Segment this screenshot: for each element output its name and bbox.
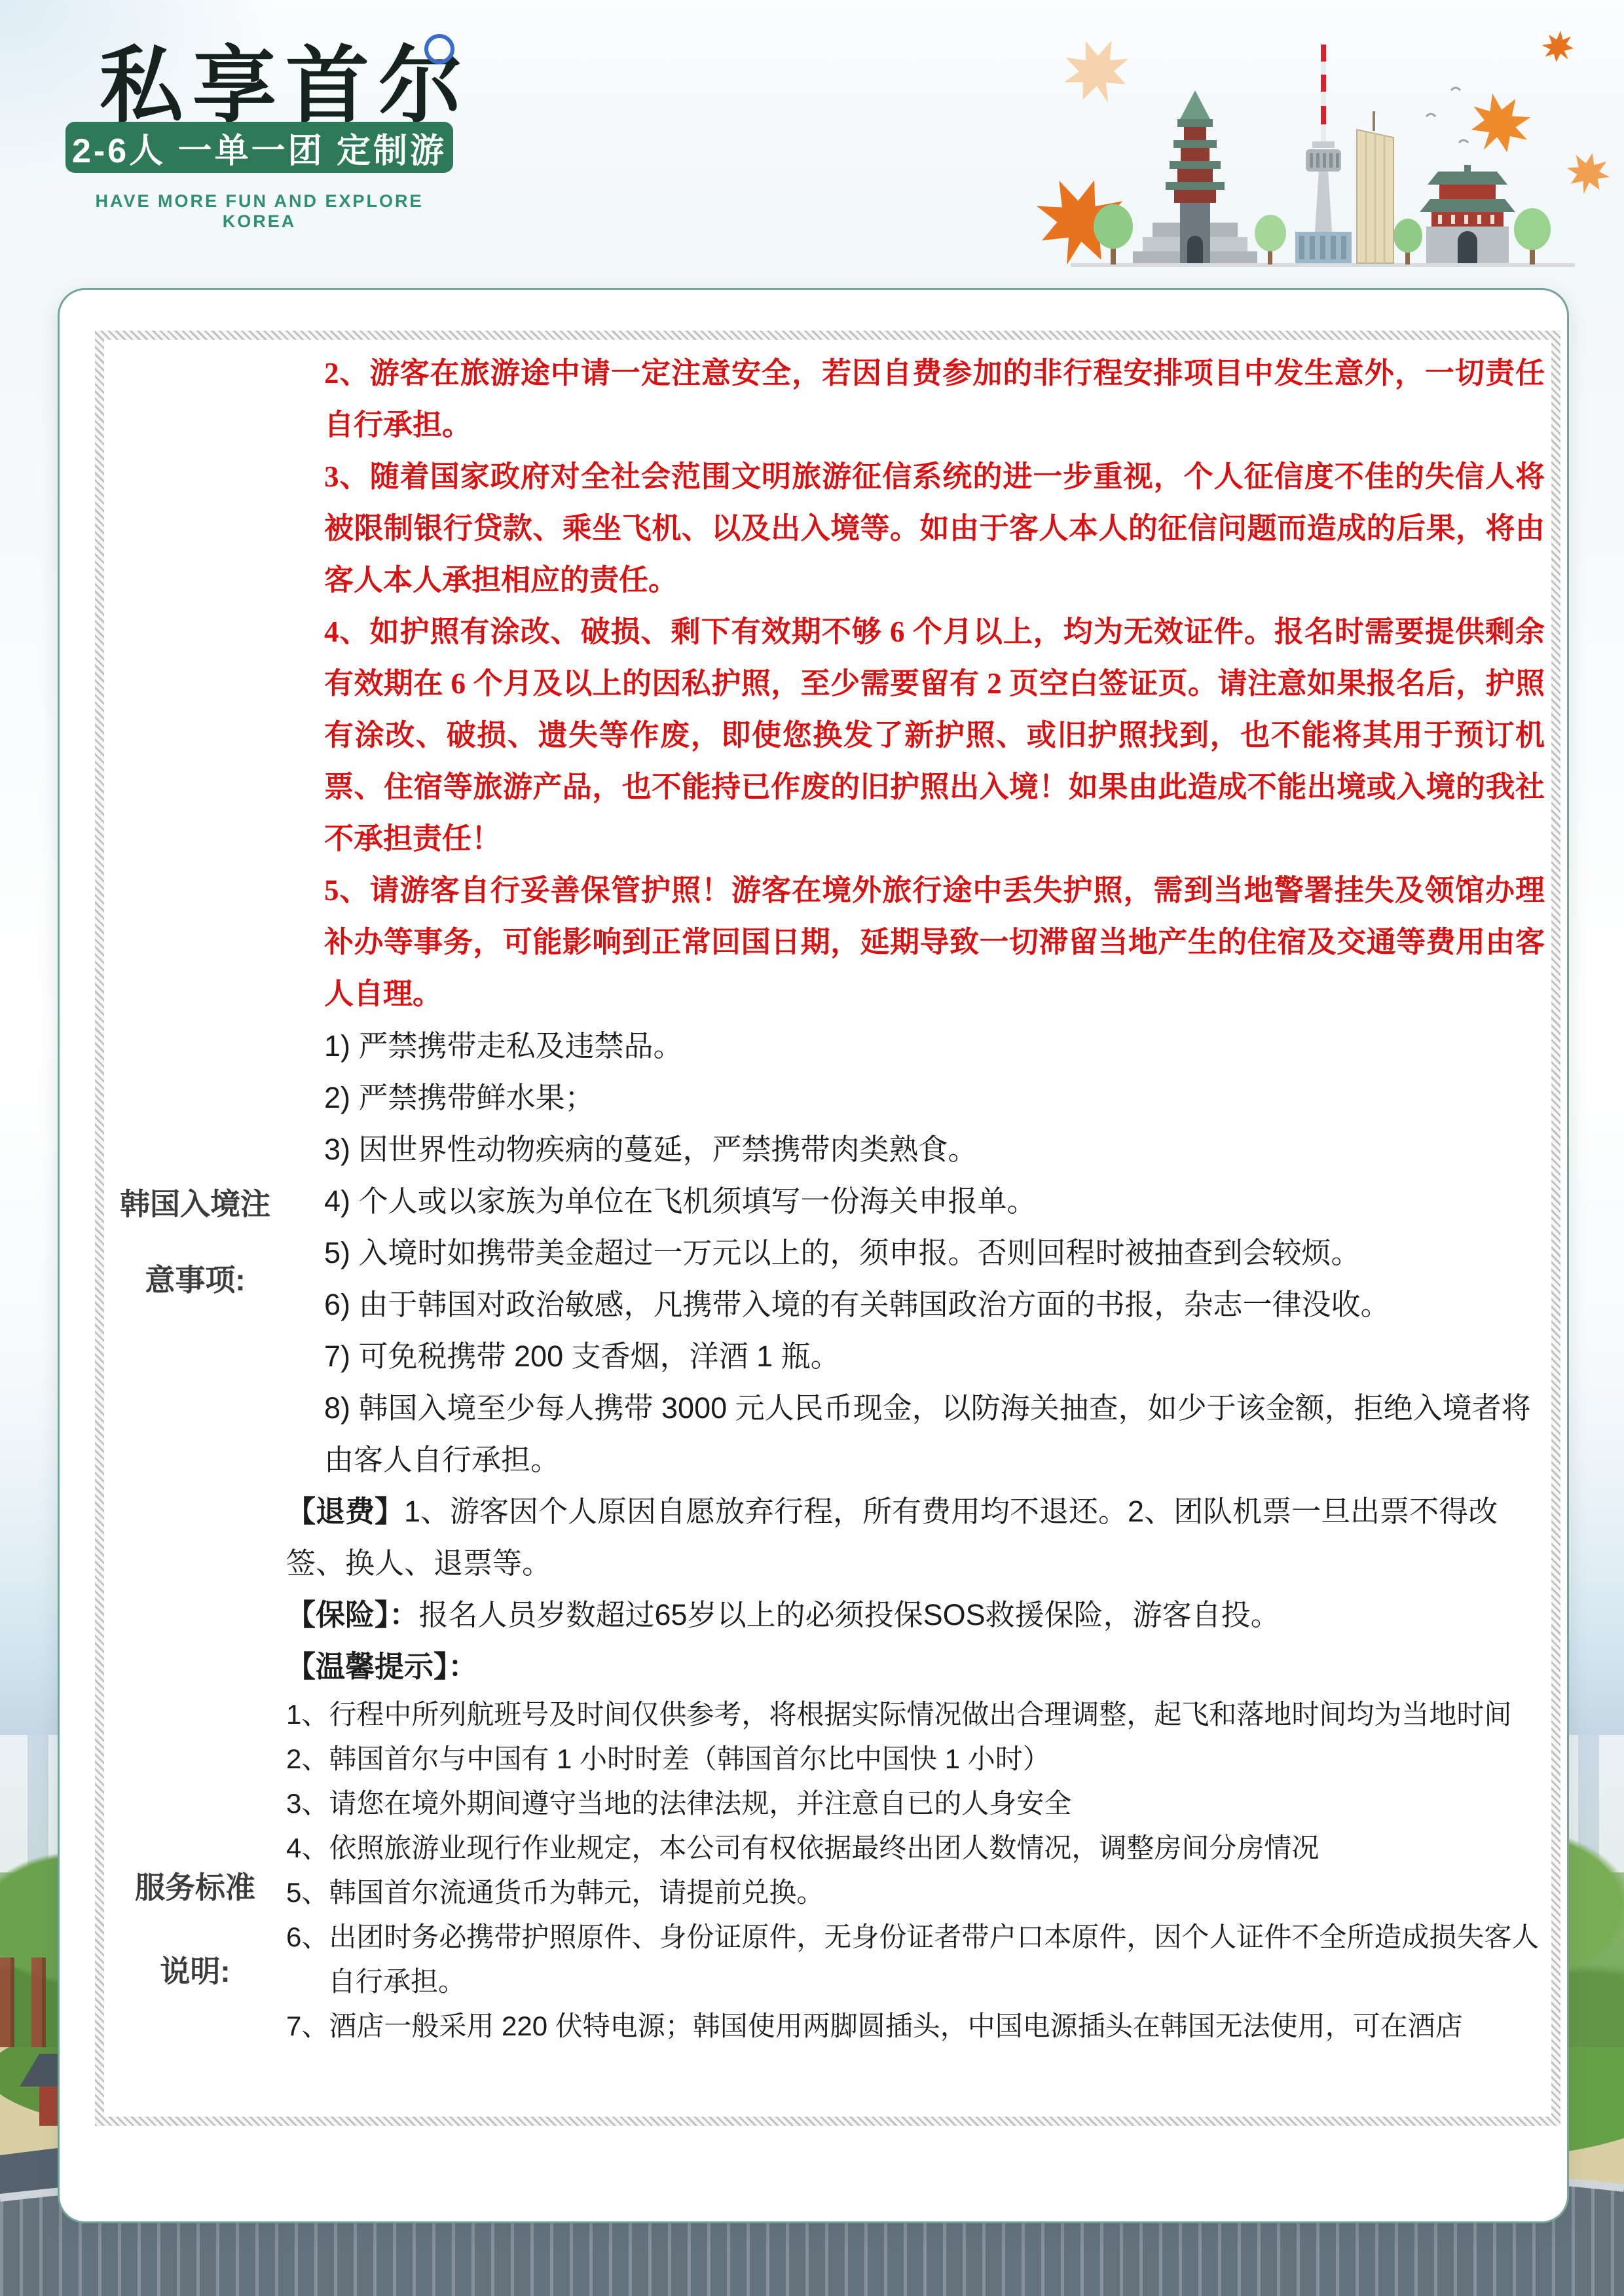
palace-gate-icon (1420, 165, 1515, 263)
section-label-line: 韩国入境注 (104, 1166, 286, 1242)
insurance-policy: 【保险】：报名人员岁数超过65岁以上的必须投保SOS救援保险，游客自投。 (286, 1589, 1549, 1641)
section-label-line: 意事项: (104, 1242, 286, 1318)
section-label-line: 服务标准 (104, 1846, 286, 1929)
document-card: 韩国入境注 意事项: 服务标准 说明: 2、游客在旅游途中请一定注意安全，若因自… (58, 288, 1569, 2223)
list-item: 6) 由于韩国对政治敏感，凡携带入境的有关韩国政治方面的书报，杂志一律没收。 (286, 1279, 1549, 1330)
list-item: 3) 因世界性动物疾病的蔓延，严禁携带肉类熟食。 (286, 1123, 1549, 1175)
tip-item: 4、依照旅游业现行作业规定，本公司有权依据最终出团人数情况，调整房间分房情况 (286, 1826, 1549, 1870)
page-title: 私享首尔 (100, 18, 471, 139)
seoul-skyline-illustration (1035, 7, 1611, 282)
tip-item: 6、出团时务必携带护照原件、身份证原件，无身份证者带户口本原件，因个人证件不全所… (286, 1915, 1549, 2004)
tip-item: 2、韩国首尔与中国有 1 小时时差（韩国首尔比中国快 1 小时） (286, 1737, 1549, 1781)
notice-paragraph: 4、如护照有涂改、破损、剩下有效期不够 6 个月以上，均为无效证件。报名时需要提… (286, 606, 1549, 865)
skyscraper-icon (1357, 111, 1393, 263)
notice-paragraph: 3、随着国家政府对全社会范围文明旅游征信系统的进一步重视，个人征信度不佳的失信人… (286, 451, 1549, 606)
page: 私享首尔 2-6人 一单一团 定制游 HAVE MORE FUN AND EXP… (0, 0, 1624, 2296)
refund-policy-label: 【退费】 (286, 1495, 404, 1528)
tips-heading: 【温馨提示】： (286, 1641, 1549, 1692)
safety-notice-block: 2、游客在旅游途中请一定注意安全，若因自费参加的非行程安排项目中发生意外，一切责… (286, 348, 1549, 1020)
insurance-policy-label: 【保险】： (286, 1598, 419, 1631)
birds-icon (1426, 88, 1468, 143)
document-body: 韩国入境注 意事项: 服务标准 说明: 2、游客在旅游途中请一定注意安全，若因自… (104, 340, 1551, 2117)
list-item: 7) 可免税携带 200 支香烟，洋酒 1 瓶。 (286, 1330, 1549, 1382)
ground-line (1071, 263, 1575, 267)
service-tips-list: 1、行程中所列航班号及时间仅供参考，将根据实际情况做出合理调整，起飞和落地时间均… (286, 1692, 1549, 2049)
refund-policy-text: 1、游客因个人原因自愿放弃行程，所有费用均不退还。2、团队机票一旦出票不得改签、… (286, 1495, 1498, 1580)
section-label-line: 说明: (104, 1929, 286, 2013)
section-label-entry-rules: 韩国入境注 意事项: (104, 1166, 286, 1318)
list-item: 2) 严禁携带鲜水果； (286, 1072, 1549, 1123)
tip-item: 1、行程中所列航班号及时间仅供参考，将根据实际情况做出合理调整，起飞和落地时间均… (286, 1692, 1549, 1737)
n-seoul-tower-icon (1295, 45, 1352, 263)
entry-rules-list: 1) 严禁携带走私及违禁品。 2) 严禁携带鲜水果； 3) 因世界性动物疾病的蔓… (286, 1020, 1549, 1485)
tip-item: 3、请您在境外期间遵守当地的法律法规，并注意自已的人身安全 (286, 1781, 1549, 1826)
circle-ornament-icon (424, 34, 454, 64)
notice-paragraph: 5、请游客自行妥善保管护照！游客在境外旅行途中丢失护照，需到当地警署挂失及领馆办… (286, 865, 1549, 1020)
group-size-badge: 2-6人 一单一团 定制游 (65, 122, 453, 173)
section-label-service-standard: 服务标准 说明: (104, 1846, 286, 2013)
refund-policy: 【退费】1、游客因个人原因自愿放弃行程，所有费用均不退还。2、团队机票一旦出票不… (286, 1485, 1549, 1589)
list-item: 1) 严禁携带走私及违禁品。 (286, 1020, 1549, 1072)
tip-item: 7、酒店一般采用 220 伏特电源；韩国使用两脚圆插头，中国电源插头在韩国无法使… (286, 2004, 1549, 2049)
seoul-tower-antenna (1321, 45, 1326, 141)
tips-heading-label: 【温馨提示】： (286, 1650, 478, 1683)
slogan-text: HAVE MORE FUN AND EXPLORE KOREA (65, 191, 453, 232)
notice-paragraph: 2、游客在旅游途中请一定注意安全，若因自费参加的非行程安排项目中发生意外，一切责… (286, 348, 1549, 451)
document-content: 2、游客在旅游途中请一定注意安全，若因自费参加的非行程安排项目中发生意外，一切责… (286, 348, 1549, 2049)
hatched-border-frame: 韩国入境注 意事项: 服务标准 说明: 2、游客在旅游途中请一定注意安全，若因自… (95, 331, 1560, 2126)
list-item: 4) 个人或以家族为单位在飞机须填写一份海关申报单。 (286, 1175, 1549, 1227)
insurance-policy-text: 报名人员岁数超过65岁以上的必须投保SOS救援保险，游客自投。 (419, 1598, 1280, 1631)
tip-item: 5、韩国首尔流通货币为韩元，请提前兑换。 (286, 1870, 1549, 1915)
list-item: 8) 韩国入境至少每人携带 3000 元人民币现金，以防海关抽查，如少于该金额，… (286, 1382, 1549, 1485)
list-item: 5) 入境时如携带美金超过一万元以上的，须申报。否则回程时被抽查到会较烦。 (286, 1227, 1549, 1279)
pagoda-icon (1133, 90, 1257, 263)
